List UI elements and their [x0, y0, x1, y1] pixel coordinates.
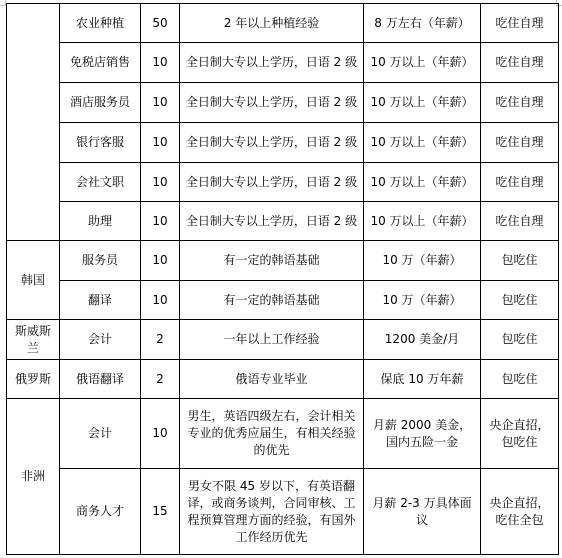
salary-cell: 月薪 2000 美金，国内五险一金 [364, 399, 481, 469]
benefits-cell: 吃住自理 [481, 163, 559, 202]
table-row: 农业种植 50 2 年以上种植经验 8 万左右（年薪） 吃住自理 [7, 4, 559, 43]
benefits-cell: 吃住自理 [481, 202, 559, 241]
benefits-cell: 包吃住 [481, 241, 559, 281]
requirement-cell: 有一定的韩语基础 [180, 241, 364, 281]
table-row: 助理 10 全日制大专以上学历，日语 2 级 10 万以上（年薪） 吃住自理 [7, 202, 559, 241]
count-cell: 10 [141, 202, 180, 241]
position-cell: 会计 [60, 399, 141, 469]
region-cell: 非洲 [7, 399, 60, 555]
count-cell: 10 [141, 163, 180, 202]
position-cell: 农业种植 [60, 4, 141, 43]
requirement-cell: 全日制大专以上学历，日语 2 级 [180, 202, 364, 241]
salary-cell: 10 万以上（年薪） [364, 43, 481, 83]
count-cell: 10 [141, 43, 180, 83]
salary-cell: 1200 美金/月 [364, 320, 481, 360]
region-cell: 俄罗斯 [7, 360, 60, 399]
benefits-cell: 吃住自理 [481, 83, 559, 123]
requirement-cell: 2 年以上种植经验 [180, 4, 364, 43]
benefits-cell: 吃住自理 [481, 123, 559, 163]
requirement-cell: 男生，英语四级左右，会计相关专业的优秀应届生，有相关经验的优先 [180, 399, 364, 469]
benefits-cell: 包吃住 [481, 281, 559, 320]
position-cell: 免税店销售 [60, 43, 141, 83]
position-cell: 俄语翻译 [60, 360, 141, 399]
position-cell: 会社文职 [60, 163, 141, 202]
salary-cell: 10 万以上（年薪） [364, 163, 481, 202]
salary-cell: 10 万（年薪） [364, 281, 481, 320]
count-cell: 10 [141, 83, 180, 123]
table-row: 俄罗斯 俄语翻译 2 俄语专业毕业 保底 10 万年薪 包吃住 [7, 360, 559, 399]
benefits-cell: 包吃住 [481, 320, 559, 360]
salary-cell: 8 万左右（年薪） [364, 4, 481, 43]
benefits-cell: 央企直招，吃住全包 [481, 469, 559, 555]
benefits-cell: 吃住自理 [481, 43, 559, 83]
position-cell: 会计 [60, 320, 141, 360]
job-listing-table: 农业种植 50 2 年以上种植经验 8 万左右（年薪） 吃住自理 免税店销售 1… [6, 3, 559, 555]
table-row: 会社文职 10 全日制大专以上学历，日语 2 级 10 万以上（年薪） 吃住自理 [7, 163, 559, 202]
count-cell: 2 [141, 320, 180, 360]
requirement-cell: 全日制大专以上学历，日语 2 级 [180, 43, 364, 83]
salary-cell: 10 万（年薪） [364, 241, 481, 281]
benefits-cell: 包吃住 [481, 360, 559, 399]
count-cell: 15 [141, 469, 180, 555]
salary-cell: 10 万以上（年薪） [364, 83, 481, 123]
requirement-cell: 全日制大专以上学历，日语 2 级 [180, 83, 364, 123]
region-cell: 韩国 [7, 241, 60, 320]
count-cell: 10 [141, 281, 180, 320]
requirement-cell: 俄语专业毕业 [180, 360, 364, 399]
table-row: 酒店服务员 10 全日制大专以上学历，日语 2 级 10 万以上（年薪） 吃住自… [7, 83, 559, 123]
table-row: 斯威斯兰 会计 2 一年以上工作经验 1200 美金/月 包吃住 [7, 320, 559, 360]
count-cell: 50 [141, 4, 180, 43]
requirement-cell: 一年以上工作经验 [180, 320, 364, 360]
benefits-cell: 吃住自理 [481, 4, 559, 43]
position-cell: 银行客服 [60, 123, 141, 163]
salary-cell: 保底 10 万年薪 [364, 360, 481, 399]
position-cell: 商务人才 [60, 469, 141, 555]
table-row: 翻译 10 有一定的韩语基础 10 万（年薪） 包吃住 [7, 281, 559, 320]
table-row: 韩国 服务员 10 有一定的韩语基础 10 万（年薪） 包吃住 [7, 241, 559, 281]
position-cell: 服务员 [60, 241, 141, 281]
salary-cell: 月薪 2-3 万具体面议 [364, 469, 481, 555]
count-cell: 2 [141, 360, 180, 399]
table-row: 免税店销售 10 全日制大专以上学历，日语 2 级 10 万以上（年薪） 吃住自… [7, 43, 559, 83]
position-cell: 酒店服务员 [60, 83, 141, 123]
table-row: 商务人才 15 男女不限 45 岁以下，有英语翻译，或商务谈判，合同审核、工程预… [7, 469, 559, 555]
region-cell: 斯威斯兰 [7, 320, 60, 360]
count-cell: 10 [141, 241, 180, 281]
requirement-cell: 全日制大专以上学历，日语 2 级 [180, 123, 364, 163]
table-row: 银行客服 10 全日制大专以上学历，日语 2 级 10 万以上（年薪） 吃住自理 [7, 123, 559, 163]
benefits-cell: 央企直招，包吃住 [481, 399, 559, 469]
requirement-cell: 有一定的韩语基础 [180, 281, 364, 320]
count-cell: 10 [141, 123, 180, 163]
salary-cell: 10 万以上（年薪） [364, 202, 481, 241]
requirement-cell: 全日制大专以上学历，日语 2 级 [180, 163, 364, 202]
position-cell: 助理 [60, 202, 141, 241]
requirement-cell: 男女不限 45 岁以下，有英语翻译，或商务谈判，合同审核、工程预算管理方面的经验… [180, 469, 364, 555]
position-cell: 翻译 [60, 281, 141, 320]
table-row: 非洲 会计 10 男生，英语四级左右，会计相关专业的优秀应届生，有相关经验的优先… [7, 399, 559, 469]
count-cell: 10 [141, 399, 180, 469]
region-cell [7, 4, 60, 241]
salary-cell: 10 万以上（年薪） [364, 123, 481, 163]
